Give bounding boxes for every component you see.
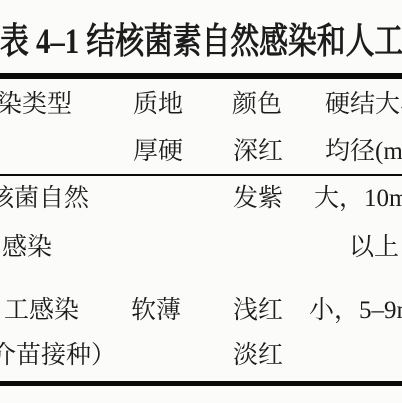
cell-natural-texture: 厚硬 [133, 139, 183, 164]
cell-natural-size-line1: 大，10mm [314, 186, 402, 211]
cell-artificial-type-line2: 介苗接种） [0, 343, 116, 368]
cell-natural-color-line1: 深红 [233, 139, 283, 164]
col-header-texture: 质地 [133, 92, 183, 117]
cell-artificial-color-line2: 淡红 [233, 343, 283, 368]
col-header-size-line2: 均径(mm) [325, 139, 402, 164]
cell-artificial-texture: 软薄 [131, 298, 181, 323]
col-header-color: 颜色 [232, 92, 282, 117]
col-header-size-line1: 硬结大小 [325, 92, 402, 117]
table-top-rule [0, 73, 402, 79]
col-header-infection-type: 染类型 [0, 92, 72, 117]
table-header-rule [0, 174, 402, 176]
cell-artificial-size-line1: 小，5–9mm [309, 298, 402, 323]
cell-artificial-type-line1: 工感染 [4, 298, 79, 323]
cell-natural-type-line1: 核菌自然 [0, 186, 89, 211]
cell-artificial-color-line1: 浅红 [233, 298, 283, 323]
table-bottom-rule [0, 381, 402, 386]
cell-natural-color-line2: 发紫 [233, 186, 283, 211]
cell-natural-size-line2: 以上 [349, 235, 399, 260]
cell-natural-type-line2: 感染 [2, 235, 52, 260]
table-caption: 表 4–1 结核菌素自然感染和人工 [0, 13, 402, 64]
scanned-table-page: 表 4–1 结核菌素自然感染和人工 染类型 质地 颜色 硬结大小 厚硬 深红 均… [0, 0, 402, 403]
